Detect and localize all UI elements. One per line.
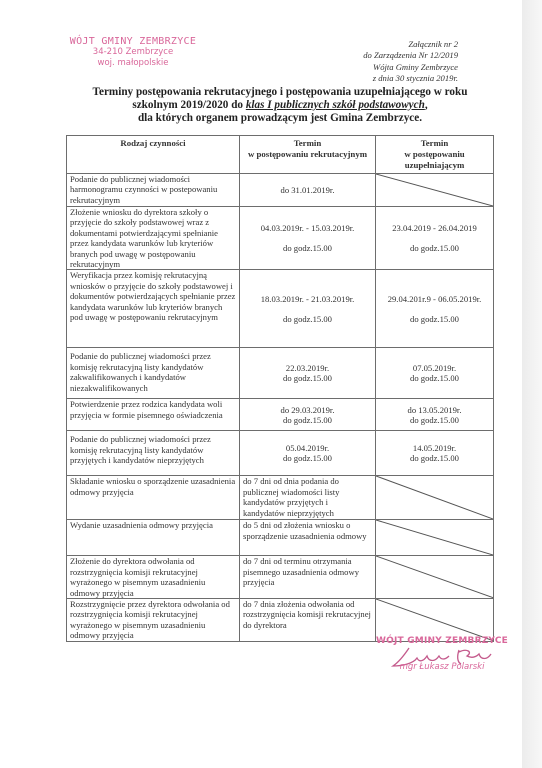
- table-row: Składanie wniosku o sporządzenie uzasadn…: [67, 476, 494, 520]
- activity-cell: Złożenie do dyrektora odwołania od rozst…: [67, 556, 240, 599]
- recruitment-date: do 5 dni od złożenia wniosku o sporządze…: [243, 520, 372, 541]
- activity-cell: Wydanie uzasadnienia odmowy przyjęcia: [67, 520, 240, 556]
- supplementary-date: 14.05.2019r.: [379, 443, 490, 453]
- table-row: Wydanie uzasadnienia odmowy przyjęciado …: [67, 520, 494, 556]
- table-row: Złożenie wniosku do dyrektora szkoły o p…: [67, 207, 494, 270]
- recruitment-date: 18.03.2019r. - 21.03.2019r.: [243, 294, 372, 304]
- recruitment-term-cell: do 31.01.2019r.: [240, 174, 376, 207]
- recruitment-time: do godz.15.00: [243, 373, 372, 383]
- supplementary-term-cell: 29.04.201r.9 - 06.05.2019r.do godz.15.00: [376, 270, 494, 348]
- supplementary-time: do godz.15.00: [379, 453, 490, 463]
- supplementary-time: do godz.15.00: [379, 314, 490, 324]
- annex-reference: Załącznik nr 2 do Zarządzenia Nr 12/2019…: [363, 39, 458, 84]
- recruitment-date: do 7 dnia złożenia odwołania od rozstrzy…: [243, 599, 372, 630]
- header-recruitment-line-1: Termin: [243, 138, 372, 149]
- supplementary-time: do godz.15.00: [379, 373, 490, 383]
- supplementary-term-cell: 07.05.2019r.do godz.15.00: [376, 348, 494, 399]
- supplementary-term-cell: do 13.05.2019r.do godz.15.00: [376, 399, 494, 431]
- annex-line-2: do Zarządzenia Nr 12/2019: [363, 50, 458, 61]
- annex-line-3: Wójta Gminy Zembrzyce: [363, 62, 458, 73]
- scan-edge: [522, 0, 542, 768]
- not-applicable-cell: [376, 556, 494, 599]
- recruitment-term-cell: 04.03.2019r. - 15.03.2019r.do godz.15.00: [240, 207, 376, 270]
- activity-cell: Złożenie wniosku do dyrektora szkoły o p…: [67, 207, 240, 270]
- recruitment-time: do godz.15.00: [243, 415, 372, 425]
- not-applicable-cell: [376, 174, 494, 207]
- header-activity-label: Rodzaj czynności: [120, 138, 185, 148]
- header-activity: Rodzaj czynności: [67, 136, 240, 174]
- title-line-3: dla których organem prowadzącym jest Gmi…: [60, 112, 500, 125]
- header-supplementary-line-2: w postępowaniu: [379, 149, 490, 160]
- recruitment-term-cell: 22.03.2019r.do godz.15.00: [240, 348, 376, 399]
- recruitment-term-cell: do 7 dnia złożenia odwołania od rozstrzy…: [240, 599, 376, 642]
- document-title: Terminy postępowania rekrutacyjnego i po…: [60, 86, 500, 124]
- supplementary-date: do 13.05.2019r.: [379, 405, 490, 415]
- stamp-line-2: 34-210 Zembrzyce: [68, 47, 198, 58]
- table-row: Złożenie do dyrektora odwołania od rozst…: [67, 556, 494, 599]
- title-line-2: szkolnym 2019/2020 do klas I publicznych…: [60, 99, 500, 112]
- stamp-line-1: WÓJT GMINY ZEMBRZYCE: [68, 36, 198, 47]
- header-supplementary-line-3: uzupełniającym: [379, 160, 490, 171]
- activity-cell: Weryfikacja przez komisję rekrutacyjną w…: [67, 270, 240, 348]
- title-line-1: Terminy postępowania rekrutacyjnego i po…: [60, 86, 500, 99]
- table-row: Podanie do publicznej wiadomości przez k…: [67, 348, 494, 399]
- not-applicable-cell: [376, 476, 494, 520]
- supplementary-time: do godz.15.00: [379, 243, 490, 253]
- title-underlined-text: klas I publicznych szkół podstawowych: [246, 99, 425, 111]
- header-supplementary-line-1: Termin: [379, 138, 490, 149]
- recruitment-date: 05.04.2019r.: [243, 443, 372, 453]
- activity-cell: Potwierdzenie przez rodzica kandydata wo…: [67, 399, 240, 431]
- activity-cell: Podanie do publicznej wiadomości harmono…: [67, 174, 240, 207]
- not-applicable-cell: [376, 520, 494, 556]
- spacer: [243, 304, 372, 314]
- supplementary-term-cell: 14.05.2019r.do godz.15.00: [376, 431, 494, 476]
- table-header-row: Rodzaj czynności Termin w postępowaniu r…: [67, 136, 494, 174]
- diagonal-strike-icon: [376, 174, 493, 206]
- table-row: Podanie do publicznej wiadomości przez k…: [67, 431, 494, 476]
- recruitment-date: do 7 dni od dnia podania do publicznej w…: [243, 476, 372, 518]
- schedule-table: Rodzaj czynności Termin w postępowaniu r…: [66, 135, 494, 642]
- table-row: Podanie do publicznej wiadomości harmono…: [67, 174, 494, 207]
- title-line-2-prefix: szkolnym 2019/2020 do: [132, 99, 245, 111]
- recruitment-date: do 29.03.2019r.: [243, 405, 372, 415]
- header-supplementary: Termin w postępowaniu uzupełniającym: [376, 136, 494, 174]
- table-row: Potwierdzenie przez rodzica kandydata wo…: [67, 399, 494, 431]
- document-page: WÓJT GMINY ZEMBRZYCE 34-210 Zembrzyce wo…: [0, 0, 522, 768]
- title-line-2-suffix: ,: [425, 99, 428, 111]
- diagonal-strike-icon: [376, 520, 493, 555]
- supplementary-date: 07.05.2019r.: [379, 363, 490, 373]
- activity-cell: Podanie do publicznej wiadomości przez k…: [67, 431, 240, 476]
- recruitment-time: do godz.15.00: [243, 243, 372, 253]
- recruitment-date: 04.03.2019r. - 15.03.2019r.: [243, 223, 372, 233]
- diagonal-strike-icon: [376, 599, 493, 641]
- recruitment-date: do 31.01.2019r.: [243, 185, 372, 195]
- diagonal-strike-icon: [376, 556, 493, 598]
- supplementary-time: do godz.15.00: [379, 415, 490, 425]
- spacer: [243, 233, 372, 243]
- office-stamp: WÓJT GMINY ZEMBRZYCE 34-210 Zembrzyce wo…: [68, 36, 198, 69]
- supplementary-term-cell: 23.04.2019 - 26.04.2019do godz.15.00: [376, 207, 494, 270]
- recruitment-term-cell: do 7 dni od dnia podania do publicznej w…: [240, 476, 376, 520]
- recruitment-date: 22.03.2019r.: [243, 363, 372, 373]
- recruitment-term-cell: do 5 dni od złożenia wniosku o sporządze…: [240, 520, 376, 556]
- header-recruitment: Termin w postępowaniu rekrutacyjnym: [240, 136, 376, 174]
- not-applicable-cell: [376, 599, 494, 642]
- recruitment-term-cell: 05.04.2019r.do godz.15.00: [240, 431, 376, 476]
- supplementary-date: 23.04.2019 - 26.04.2019: [379, 223, 490, 233]
- recruitment-date: do 7 dni od terminu otrzymania pisemnego…: [243, 556, 372, 587]
- activity-cell: Składanie wniosku o sporządzenie uzasadn…: [67, 476, 240, 520]
- table-row: Weryfikacja przez komisję rekrutacyjną w…: [67, 270, 494, 348]
- diagonal-strike-icon: [376, 476, 493, 519]
- activity-cell: Rozstrzygnięcie przez dyrektora odwołani…: [67, 599, 240, 642]
- recruitment-term-cell: 18.03.2019r. - 21.03.2019r.do godz.15.00: [240, 270, 376, 348]
- signature-block: WÓJT GMINY ZEMBRZYCE mgr Łukasz Polarski: [372, 636, 512, 672]
- annex-line-1: Załącznik nr 2: [363, 39, 458, 50]
- supplementary-date: 29.04.201r.9 - 06.05.2019r.: [379, 294, 490, 304]
- recruitment-term-cell: do 29.03.2019r.do godz.15.00: [240, 399, 376, 431]
- recruitment-time: do godz.15.00: [243, 453, 372, 463]
- spacer: [379, 304, 490, 314]
- recruitment-time: do godz.15.00: [243, 314, 372, 324]
- activity-cell: Podanie do publicznej wiadomości przez k…: [67, 348, 240, 399]
- header-recruitment-line-2: w postępowaniu rekrutacyjnym: [243, 149, 372, 160]
- table-row: Rozstrzygnięcie przez dyrektora odwołani…: [67, 599, 494, 642]
- stamp-line-3: woj. małopolskie: [68, 58, 198, 69]
- signature-heading: WÓJT GMINY ZEMBRZYCE: [372, 636, 512, 646]
- signatory-name: mgr Łukasz Polarski: [372, 662, 512, 672]
- spacer: [379, 233, 490, 243]
- annex-line-4: z dnia 30 stycznia 2019r.: [363, 73, 458, 84]
- recruitment-term-cell: do 7 dni od terminu otrzymania pisemnego…: [240, 556, 376, 599]
